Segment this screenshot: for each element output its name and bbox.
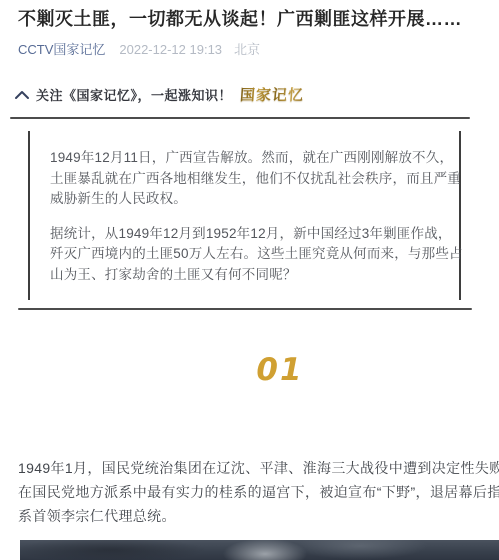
article-page: 不剿灭土匪，一切都无从谈起！广西剿匪这样开展…… CCTV国家记忆2022-12… xyxy=(0,0,499,560)
body-line: 1949年1月，国民党统治集团在辽沈、平津、淮海三大战役中遭到决定性失败。 xyxy=(18,456,499,480)
publish-location: 北京 xyxy=(234,42,260,57)
follow-banner[interactable]: 关注《国家记忆》，一起涨知识！ 国家记忆 xyxy=(14,83,304,105)
body-line: 系首领李宗仁代理总统。 xyxy=(18,504,499,528)
divider-top xyxy=(10,117,470,119)
quote-line: 土匪暴乱就在广西各地相继发生，他们不仅扰乱社会秩序，而且严重 xyxy=(50,169,459,190)
quote-line: 据统计，从1949年12月到1952年12月，新中国经过3年剿匪作战， xyxy=(50,224,459,245)
quote-line: 威胁新生的人民政权。 xyxy=(50,189,459,210)
quote-line: 歼灭广西境内的土匪50万人左右。这些土匪究竟从何而来，与那些占 xyxy=(50,244,459,265)
follow-banner-text: 关注《国家记忆》，一起涨知识！ xyxy=(36,85,232,104)
body-line: 在国民党地方派系中最有实力的桂系的逼宫下，被迫宣布“下野”，退居幕后指挥 xyxy=(18,480,499,504)
divider-bottom xyxy=(18,308,472,310)
quote-line: 山为王、打家劫舍的土匪又有何不同呢？ xyxy=(50,265,459,286)
article-photo xyxy=(20,540,499,560)
guojia-jiyi-logo: 国家记忆 xyxy=(239,84,304,105)
section-number-01: 01 xyxy=(0,352,499,388)
article-title: 不剿灭土匪，一切都无从谈起！广西剿匪这样开展…… xyxy=(18,6,499,32)
quote-block: 1949年12月11日，广西宣告解放。然而，就在广西刚刚解放不久， 土匪暴乱就在… xyxy=(28,131,461,300)
quote-line: 1949年12月11日，广西宣告解放。然而，就在广西刚刚解放不久， xyxy=(50,148,459,169)
chevron-up-icon[interactable] xyxy=(14,88,30,100)
byline: CCTV国家记忆2022-12-12 19:13北京 xyxy=(18,39,260,58)
publish-timestamp: 2022-12-12 19:13 xyxy=(119,42,222,57)
account-name-link[interactable]: CCTV国家记忆 xyxy=(18,42,105,57)
body-paragraph: 1949年1月，国民党统治集团在辽沈、平津、淮海三大战役中遭到决定性失败。 在国… xyxy=(18,456,499,528)
quote-paragraph-1: 1949年12月11日，广西宣告解放。然而，就在广西刚刚解放不久， 土匪暴乱就在… xyxy=(50,148,459,210)
quote-paragraph-2: 据统计，从1949年12月到1952年12月，新中国经过3年剿匪作战， 歼灭广西… xyxy=(50,224,459,286)
